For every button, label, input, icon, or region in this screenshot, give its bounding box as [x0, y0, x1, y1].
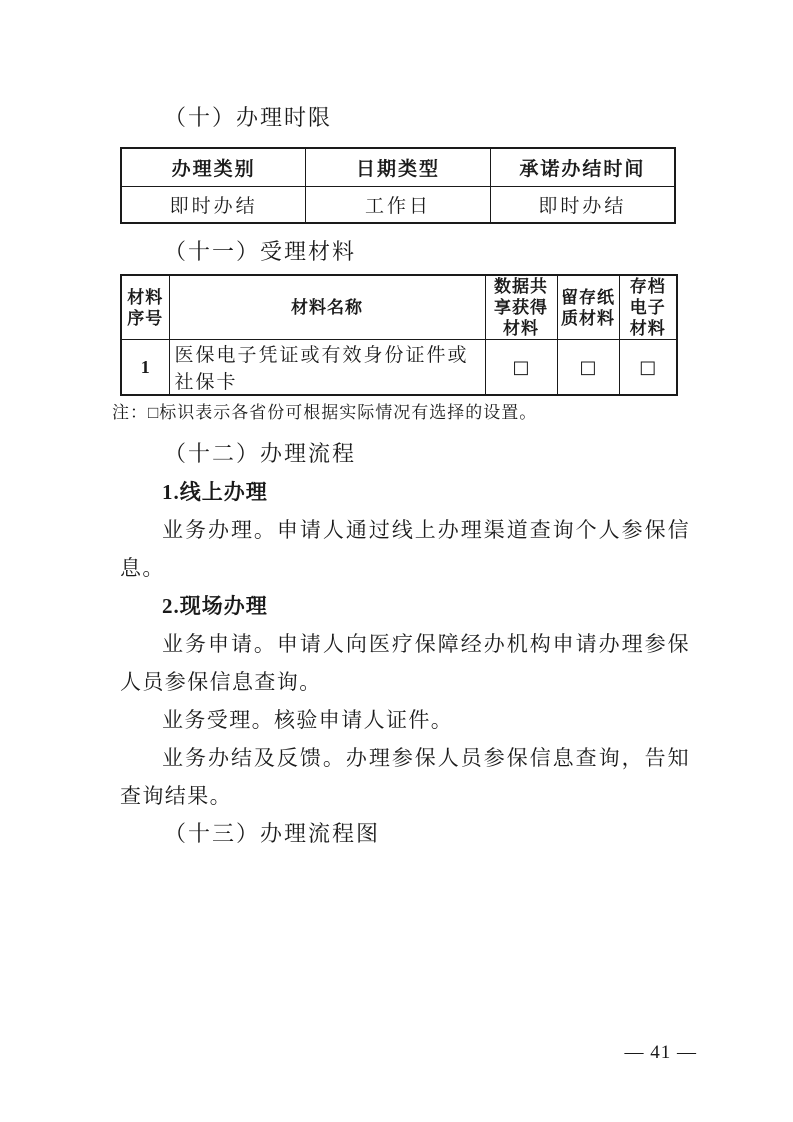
time-limit-header-row: 办理类别 日期类型 承诺办结时间 — [121, 148, 675, 186]
time-limit-cell-promised-time: 即时办结 — [490, 186, 675, 223]
materials-cell-no: 1 — [121, 340, 169, 396]
subheading-online-process: 1.线上办理 — [162, 473, 690, 511]
document-content: （十）办理时限 办理类别 日期类型 承诺办结时间 即时办结 工作日 即时办结 （… — [120, 104, 690, 853]
section-heading-time-limit: （十）办理时限 — [164, 104, 690, 132]
page-number: — 41 — — [625, 1042, 698, 1064]
paragraph-onsite-completion: 业务办结及反馈。办理参保人员参保信息查询，告知查询结果。 — [120, 739, 690, 815]
checkbox-data-shared-icon: □ — [485, 340, 557, 396]
checkbox-e-archive-icon: □ — [619, 340, 677, 396]
paragraph-onsite-application: 业务申请。申请人向医疗保障经办机构申请办理参保人员参保信息查询。 — [120, 625, 690, 701]
time-limit-data-row: 即时办结 工作日 即时办结 — [121, 186, 675, 223]
materials-header-no: 材料序号 — [121, 275, 169, 340]
materials-header-data-shared: 数据共享获得材料 — [485, 275, 557, 340]
document-page: （十）办理时限 办理类别 日期类型 承诺办结时间 即时办结 工作日 即时办结 （… — [0, 0, 793, 1122]
materials-header-row: 材料序号 材料名称 数据共享获得材料 留存纸质材料 存档电子材料 — [121, 275, 677, 340]
materials-table-note: 注：□标识表示各省份可根据实际情况有选择的设置。 — [112, 402, 690, 424]
time-limit-table: 办理类别 日期类型 承诺办结时间 即时办结 工作日 即时办结 — [120, 147, 676, 224]
subheading-onsite-process: 2.现场办理 — [162, 587, 690, 625]
time-limit-cell-category: 即时办结 — [121, 186, 306, 223]
time-limit-cell-date-type: 工作日 — [306, 186, 491, 223]
materials-header-paper-kept: 留存纸质材料 — [557, 275, 619, 340]
section-heading-process: （十二）办理流程 — [164, 435, 690, 473]
time-limit-header-category: 办理类别 — [121, 148, 306, 186]
materials-data-row: 1 医保电子凭证或有效身份证件或社保卡 □ □ □ — [121, 340, 677, 396]
paragraph-onsite-acceptance: 业务受理。核验申请人证件。 — [120, 701, 690, 739]
paragraph-online-handling: 业务办理。申请人通过线上办理渠道查询个人参保信息。 — [120, 511, 690, 587]
materials-header-name: 材料名称 — [169, 275, 485, 340]
section-heading-flowchart: （十三）办理流程图 — [164, 815, 690, 853]
checkbox-paper-kept-icon: □ — [557, 340, 619, 396]
time-limit-header-promised-time: 承诺办结时间 — [490, 148, 675, 186]
materials-cell-name: 医保电子凭证或有效身份证件或社保卡 — [169, 340, 485, 396]
section-heading-materials: （十一）受理材料 — [164, 238, 690, 266]
materials-table: 材料序号 材料名称 数据共享获得材料 留存纸质材料 存档电子材料 1 医保电子凭… — [120, 274, 678, 396]
time-limit-header-date-type: 日期类型 — [306, 148, 491, 186]
materials-header-e-archive: 存档电子材料 — [619, 275, 677, 340]
